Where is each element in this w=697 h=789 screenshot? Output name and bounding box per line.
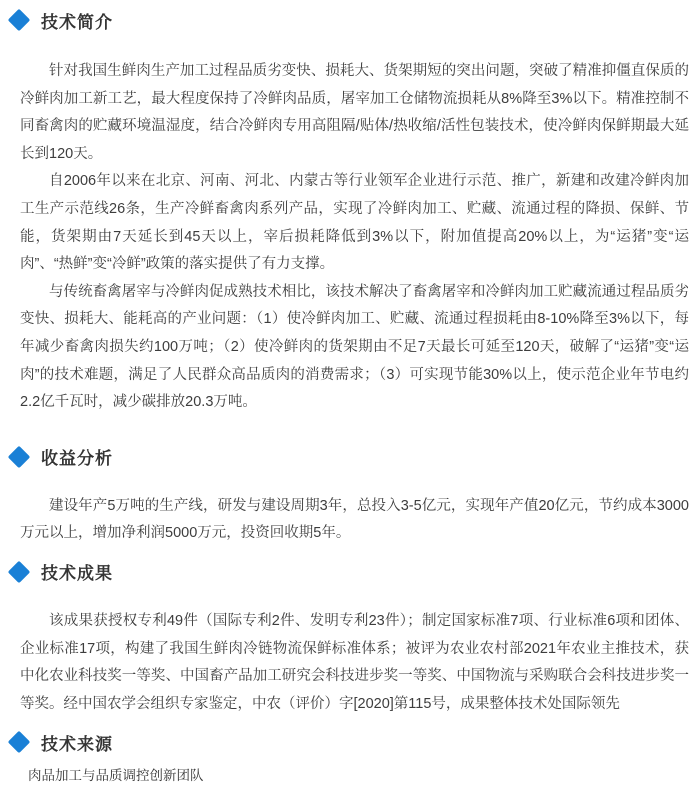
section-heading-row: 技术成果 (8, 560, 697, 584)
section-benefit-analysis: 收益分析 建设年产5万吨的生产线，研发与建设周期3年，总投入3-5亿元，实现年产… (0, 445, 697, 548)
diamond-icon (8, 445, 31, 468)
paragraph: 针对我国生鲜肉生产加工过程品质劣变快、损耗大、货架期短的突出问题，突破了精准抑僵… (20, 58, 689, 168)
diamond-icon (8, 561, 31, 584)
section-title: 收益分析 (41, 444, 113, 469)
section-tech-achievements: 技术成果 该成果获授权专利49件（国际专利2件、发明专利23件）；制定国家标准7… (0, 560, 697, 718)
diamond-icon (8, 9, 31, 32)
paragraph: 该成果获授权专利49件（国际专利2件、发明专利23件）；制定国家标准7项、行业标… (20, 608, 689, 718)
section-tech-source: 技术来源 肉品加工与品质调控创新团队 (0, 730, 697, 786)
paragraph: 建设年产5万吨的生产线，研发与建设周期3年，总投入3-5亿元，实现年产值20亿元… (20, 493, 689, 548)
document-page: 技术简介 针对我国生鲜肉生产加工过程品质劣变快、损耗大、货架期短的突出问题，突破… (0, 8, 697, 789)
paragraph: 肉品加工与品质调控创新团队 (28, 766, 689, 786)
section-heading-row: 技术来源 (8, 730, 697, 754)
section-heading-row: 收益分析 (8, 445, 697, 469)
section-heading-row: 技术简介 (8, 8, 697, 32)
diamond-icon (8, 731, 31, 754)
section-title: 技术简介 (41, 8, 113, 33)
paragraph: 与传统畜禽屠宰与冷鲜肉促成熟技术相比，该技术解决了畜禽屠宰和冷鲜肉加工贮藏流通过… (20, 279, 689, 417)
section-title: 技术来源 (41, 730, 113, 755)
paragraph: 自2006年以来在北京、河南、河北、内蒙古等行业领军企业进行示范、推广，新建和改… (20, 168, 689, 278)
section-title: 技术成果 (41, 559, 113, 584)
section-tech-intro: 技术简介 针对我国生鲜肉生产加工过程品质劣变快、损耗大、货架期短的突出问题，突破… (0, 8, 697, 417)
